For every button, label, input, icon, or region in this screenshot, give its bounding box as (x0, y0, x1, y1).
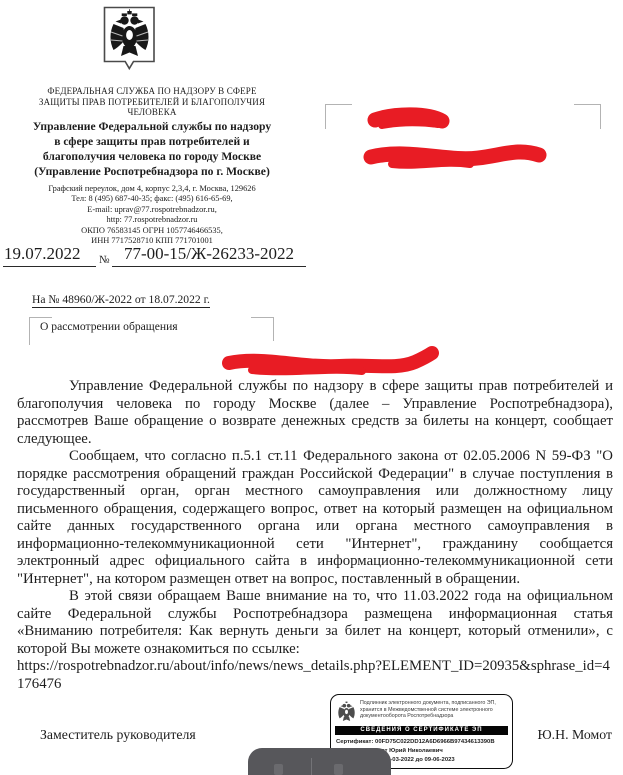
office-name-line: Управление Федеральной службы по надзору (8, 119, 296, 134)
stamp-header: Подлинник электронного документа, подпис… (360, 700, 508, 720)
agency-name-line: ЧЕЛОВЕКА (8, 107, 296, 118)
contact-info: Графский переулок, дом 4, корпус 2,3,4, … (8, 184, 296, 246)
office-name-line: благополучия человека по городу Москве (8, 149, 296, 164)
viewer-toolbar-fragment[interactable] (248, 748, 391, 775)
certificate-number: Сертификат: 00FD75C022DD12A6D6966B974346… (336, 739, 508, 745)
okpo-ogrn-line: ОКПО 76583145 ОГРН 1057746466535, (8, 226, 296, 236)
office-name: Управление Федеральной службы по надзору… (8, 119, 296, 179)
letter-number: 77-00-15/Ж-26233-2022 (112, 244, 306, 264)
stamp-header-line: Подлинник электронного документа, подпис… (360, 700, 508, 707)
article-url: https://rospotrebnadzor.ru/about/info/ne… (17, 658, 613, 693)
toolbar-divider (311, 758, 312, 775)
number-underline (112, 266, 306, 267)
subject-corner-bracket-right (251, 317, 274, 341)
subject-line: О рассмотрении обращения (40, 320, 178, 333)
address-corner-bracket-right (574, 104, 601, 129)
agency-name: ФЕДЕРАЛЬНАЯ СЛУЖБА ПО НАДЗОРУ В СФЕРЕ ЗА… (8, 86, 296, 118)
phone-line: Тел: 8 (495) 687-40-35; факс: (495) 616-… (8, 194, 296, 204)
website-line: http: 77.rospotrebnadzor.ru (8, 215, 296, 225)
stamp-header-line: документооборота Роспотребнадзора (360, 713, 508, 720)
office-name-line: в сфере защиты прав потребителей и (8, 134, 296, 149)
letter-body: Управление Федеральной службы по надзору… (17, 378, 613, 693)
stamp-header-line: хранится в Межведомственной системе элек… (360, 707, 508, 714)
document-page: ФЕДЕРАЛЬНАЯ СЛУЖБА ПО НАДЗОРУ В СФЕРЕ ЗА… (0, 0, 623, 775)
toolbar-glyph (274, 764, 283, 775)
body-paragraph-3: В этой связи обращаем Ваше внимание на т… (17, 588, 613, 658)
agency-name-line: ЗАЩИТЫ ПРАВ ПОТРЕБИТЕЛЕЙ И БЛАГОПОЛУЧИЯ (8, 97, 296, 108)
certificate-info-bar: СВЕДЕНИЯ О СЕРТИФИКАТЕ ЭП (335, 726, 508, 735)
date-underline (3, 266, 96, 267)
redaction-scribble-recipient-1 (375, 115, 442, 125)
letter-date: 19.07.2022 (4, 244, 96, 264)
signatory-position: Заместитель руководителя (40, 727, 196, 743)
coat-of-arms-icon (103, 6, 156, 73)
body-paragraph-2: Сообщаем, что согласно п.5.1 ст.11 Федер… (17, 448, 613, 588)
reply-reference: На № 48960/Ж-2022 от 18.07.2022 г. (32, 293, 210, 308)
stamp-emblem-icon (337, 699, 356, 724)
address-corner-bracket-left (325, 104, 352, 129)
toolbar-glyph (334, 764, 343, 775)
agency-name-line: ФЕДЕРАЛЬНАЯ СЛУЖБА ПО НАДЗОРУ В СФЕРЕ (8, 86, 296, 97)
number-sign: № (99, 254, 110, 266)
email-line: E-mail: uprav@77.rospotrebnadzor.ru, (8, 205, 296, 215)
redaction-scribble-subject (229, 353, 432, 371)
office-name-line: (Управление Роспотребнадзора по г. Москв… (8, 164, 296, 179)
address-line: Графский переулок, дом 4, корпус 2,3,4, … (8, 184, 296, 194)
body-paragraph-1: Управление Федеральной службы по надзору… (17, 378, 613, 448)
redaction-scribble-recipient-2 (371, 152, 539, 165)
